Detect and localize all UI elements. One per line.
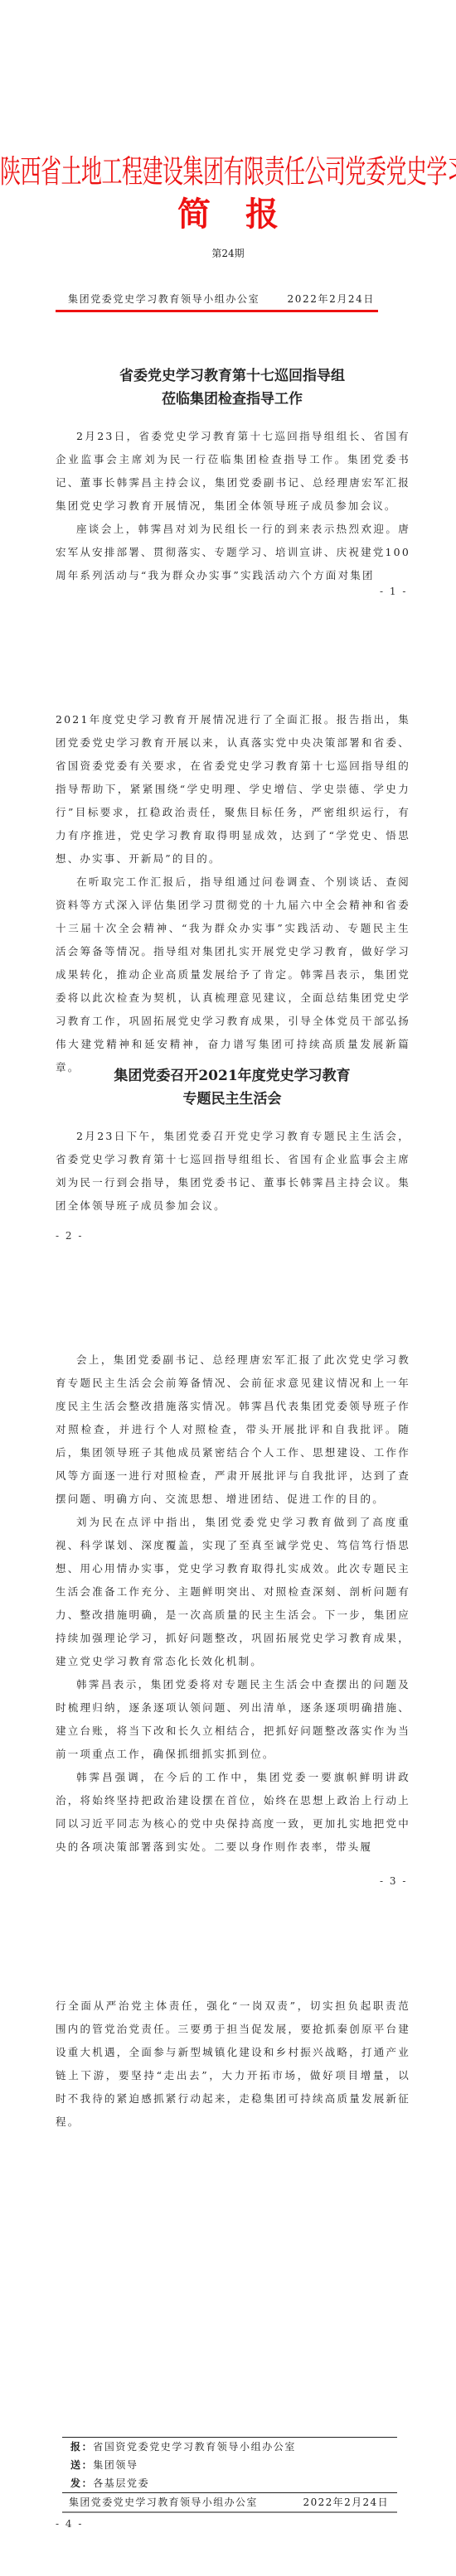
distribution-block: 报：省国资党委党史学习教育领导小组办公室 送：集团领导 发：各基层党委 集团党委… xyxy=(62,2437,397,2513)
issuer-line: 集团党委党史学习教育领导小组办公室 2022年2月24日 xyxy=(68,292,375,306)
distribution-bottom-rule xyxy=(62,2511,397,2513)
distribution-label: 送： xyxy=(70,2459,93,2471)
article-1-title: 省委党史学习教育第十七巡回指导组 莅临集团检查指导工作 xyxy=(0,364,456,411)
article-2-body-page-4: 行全面从严治党主体责任，强化“一岗双责”，切实担负起职责范围内的管党治党责任。三… xyxy=(56,1995,410,2134)
issue-date: 2022年2月24日 xyxy=(288,292,375,306)
paragraph: 刘为民在点评中指出，集团党委党史学习教育做到了高度重视、科学谋划、深度覆盖，实现… xyxy=(56,1511,410,1673)
issue-number: 第24期 xyxy=(0,245,456,262)
distribution-value: 省国资党委党史学习教育领导小组办公室 xyxy=(93,2441,296,2453)
article-2-title: 集团党委召开2021年度党史学习教育 专题民主生活会 xyxy=(0,1064,456,1111)
distribution-row-issue: 发：各基层党委 xyxy=(62,2474,397,2492)
paragraph: 行全面从严治党主体责任，强化“一岗双责”，切实担负起职责范围内的管党治党责任。三… xyxy=(56,1995,410,2134)
distribution-label: 报： xyxy=(70,2441,93,2453)
page-number-2: - 2 - xyxy=(56,1229,83,1242)
paragraph: 韩霁昌表示，集团党委将对专题民主生活会中查摆出的问题及时梳理归纳，逐条逐项认领问… xyxy=(56,1673,410,1766)
red-divider xyxy=(56,310,378,312)
paragraph: 在听取完工作汇报后，指导组通过问卷调查、个别谈话、查阅资料等方式深入评估集团学习… xyxy=(56,871,410,1079)
article-2-title-line-2: 专题民主生活会 xyxy=(0,1088,456,1111)
distribution-value: 各基层党委 xyxy=(93,2477,149,2489)
page-number-4: - 4 - xyxy=(56,2517,83,2530)
article-1-title-line-2: 莅临集团检查指导工作 xyxy=(0,388,456,411)
distribution-footer: 集团党委党史学习教育领导小组办公室 2022年2月24日 xyxy=(62,2493,397,2511)
article-1-title-line-1: 省委党史学习教育第十七巡回指导组 xyxy=(0,364,456,388)
paragraph: 2月23日，省委党史学习教育第十七巡回指导组组长、省国有企业监事会主席刘为民一行… xyxy=(56,425,410,518)
page-number-1: - 1 - xyxy=(380,585,407,598)
distribution-value: 集团领导 xyxy=(93,2459,138,2471)
paragraph: 韩霁昌强调，在今后的工作中，集团党委一要旗帜鲜明讲政治，将始终坚持把政治建设摆在… xyxy=(56,1766,410,1859)
page-number-3: - 3 - xyxy=(380,1874,407,1888)
masthead-subtitle: 简报 xyxy=(0,194,456,235)
article-2-body-page-2: 2月23日下午，集团党委召开党史学习教育专题民主生活会，省委党史学习教育第十七巡… xyxy=(56,1125,410,1218)
article-1-body-page-2: 2021年度党史学习教育开展情况进行了全面汇报。报告指出，集团党委党史学习教育开… xyxy=(56,708,410,1079)
article-2-title-line-1: 集团党委召开2021年度党史学习教育 xyxy=(0,1064,456,1088)
paragraph: 2月23日下午，集团党委召开党史学习教育专题民主生活会，省委党史学习教育第十七巡… xyxy=(56,1125,410,1218)
paragraph: 座谈会上，韩霁昌对刘为民组长一行的到来表示热烈欢迎。唐宏军从安排部署、贯彻落实、… xyxy=(56,518,410,587)
footer-office: 集团党委党史学习教育领导小组办公室 xyxy=(69,2493,258,2511)
distribution-row-report: 报：省国资党委党史学习教育领导小组办公室 xyxy=(62,2438,397,2456)
footer-date: 2022年2月24日 xyxy=(303,2493,389,2511)
paragraph: 会上，集团党委副书记、总经理唐宏军汇报了此次党史学习教育专题民主生活会会前筹备情… xyxy=(56,1348,410,1511)
article-1-body-page-1: 2月23日，省委党史学习教育第十七巡回指导组组长、省国有企业监事会主席刘为民一行… xyxy=(56,425,410,587)
article-2-body-page-3: 会上，集团党委副书记、总经理唐宏军汇报了此次党史学习教育专题民主生活会会前筹备情… xyxy=(56,1348,410,1859)
distribution-row-send: 送：集团领导 xyxy=(62,2456,397,2474)
paragraph: 2021年度党史学习教育开展情况进行了全面汇报。报告指出，集团党委党史学习教育开… xyxy=(56,708,410,871)
issuer-office: 集团党委党史学习教育领导小组办公室 xyxy=(68,292,260,306)
distribution-label: 发： xyxy=(70,2477,93,2489)
